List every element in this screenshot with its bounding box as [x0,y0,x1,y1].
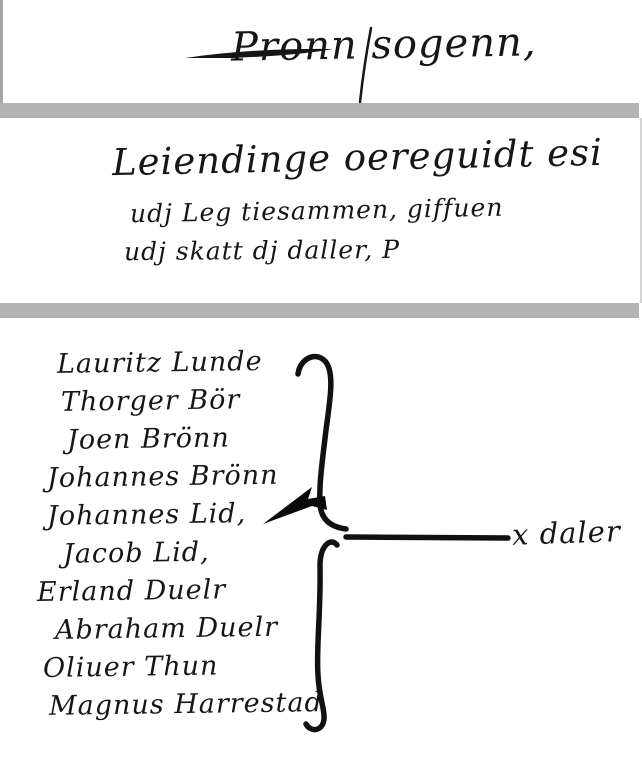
tax-heading-line1: Leiendinge oereguidt esi [112,131,604,184]
parish-header-strip: Pronn sogenn, [0,0,642,103]
parish-name-text: Pronn sogenn, [231,19,537,70]
tax-heading-strip: Leiendinge oereguidt esi udj Leg tiesamm… [0,118,642,303]
sum-amount-label: x daler [511,514,621,552]
tax-heading-line2: udj Leg tiesammen, giffuen [130,193,504,229]
scan-divider-band [0,303,639,318]
sum-connector-line [346,537,508,538]
names-list-strip: Lauritz Lunde Thorger Bör Joen Brönn Joh… [0,318,642,765]
scan-divider-band [0,103,639,118]
brace-lower-stroke [306,542,337,730]
tax-heading-line3: udj skatt dj daller, P [124,235,400,266]
